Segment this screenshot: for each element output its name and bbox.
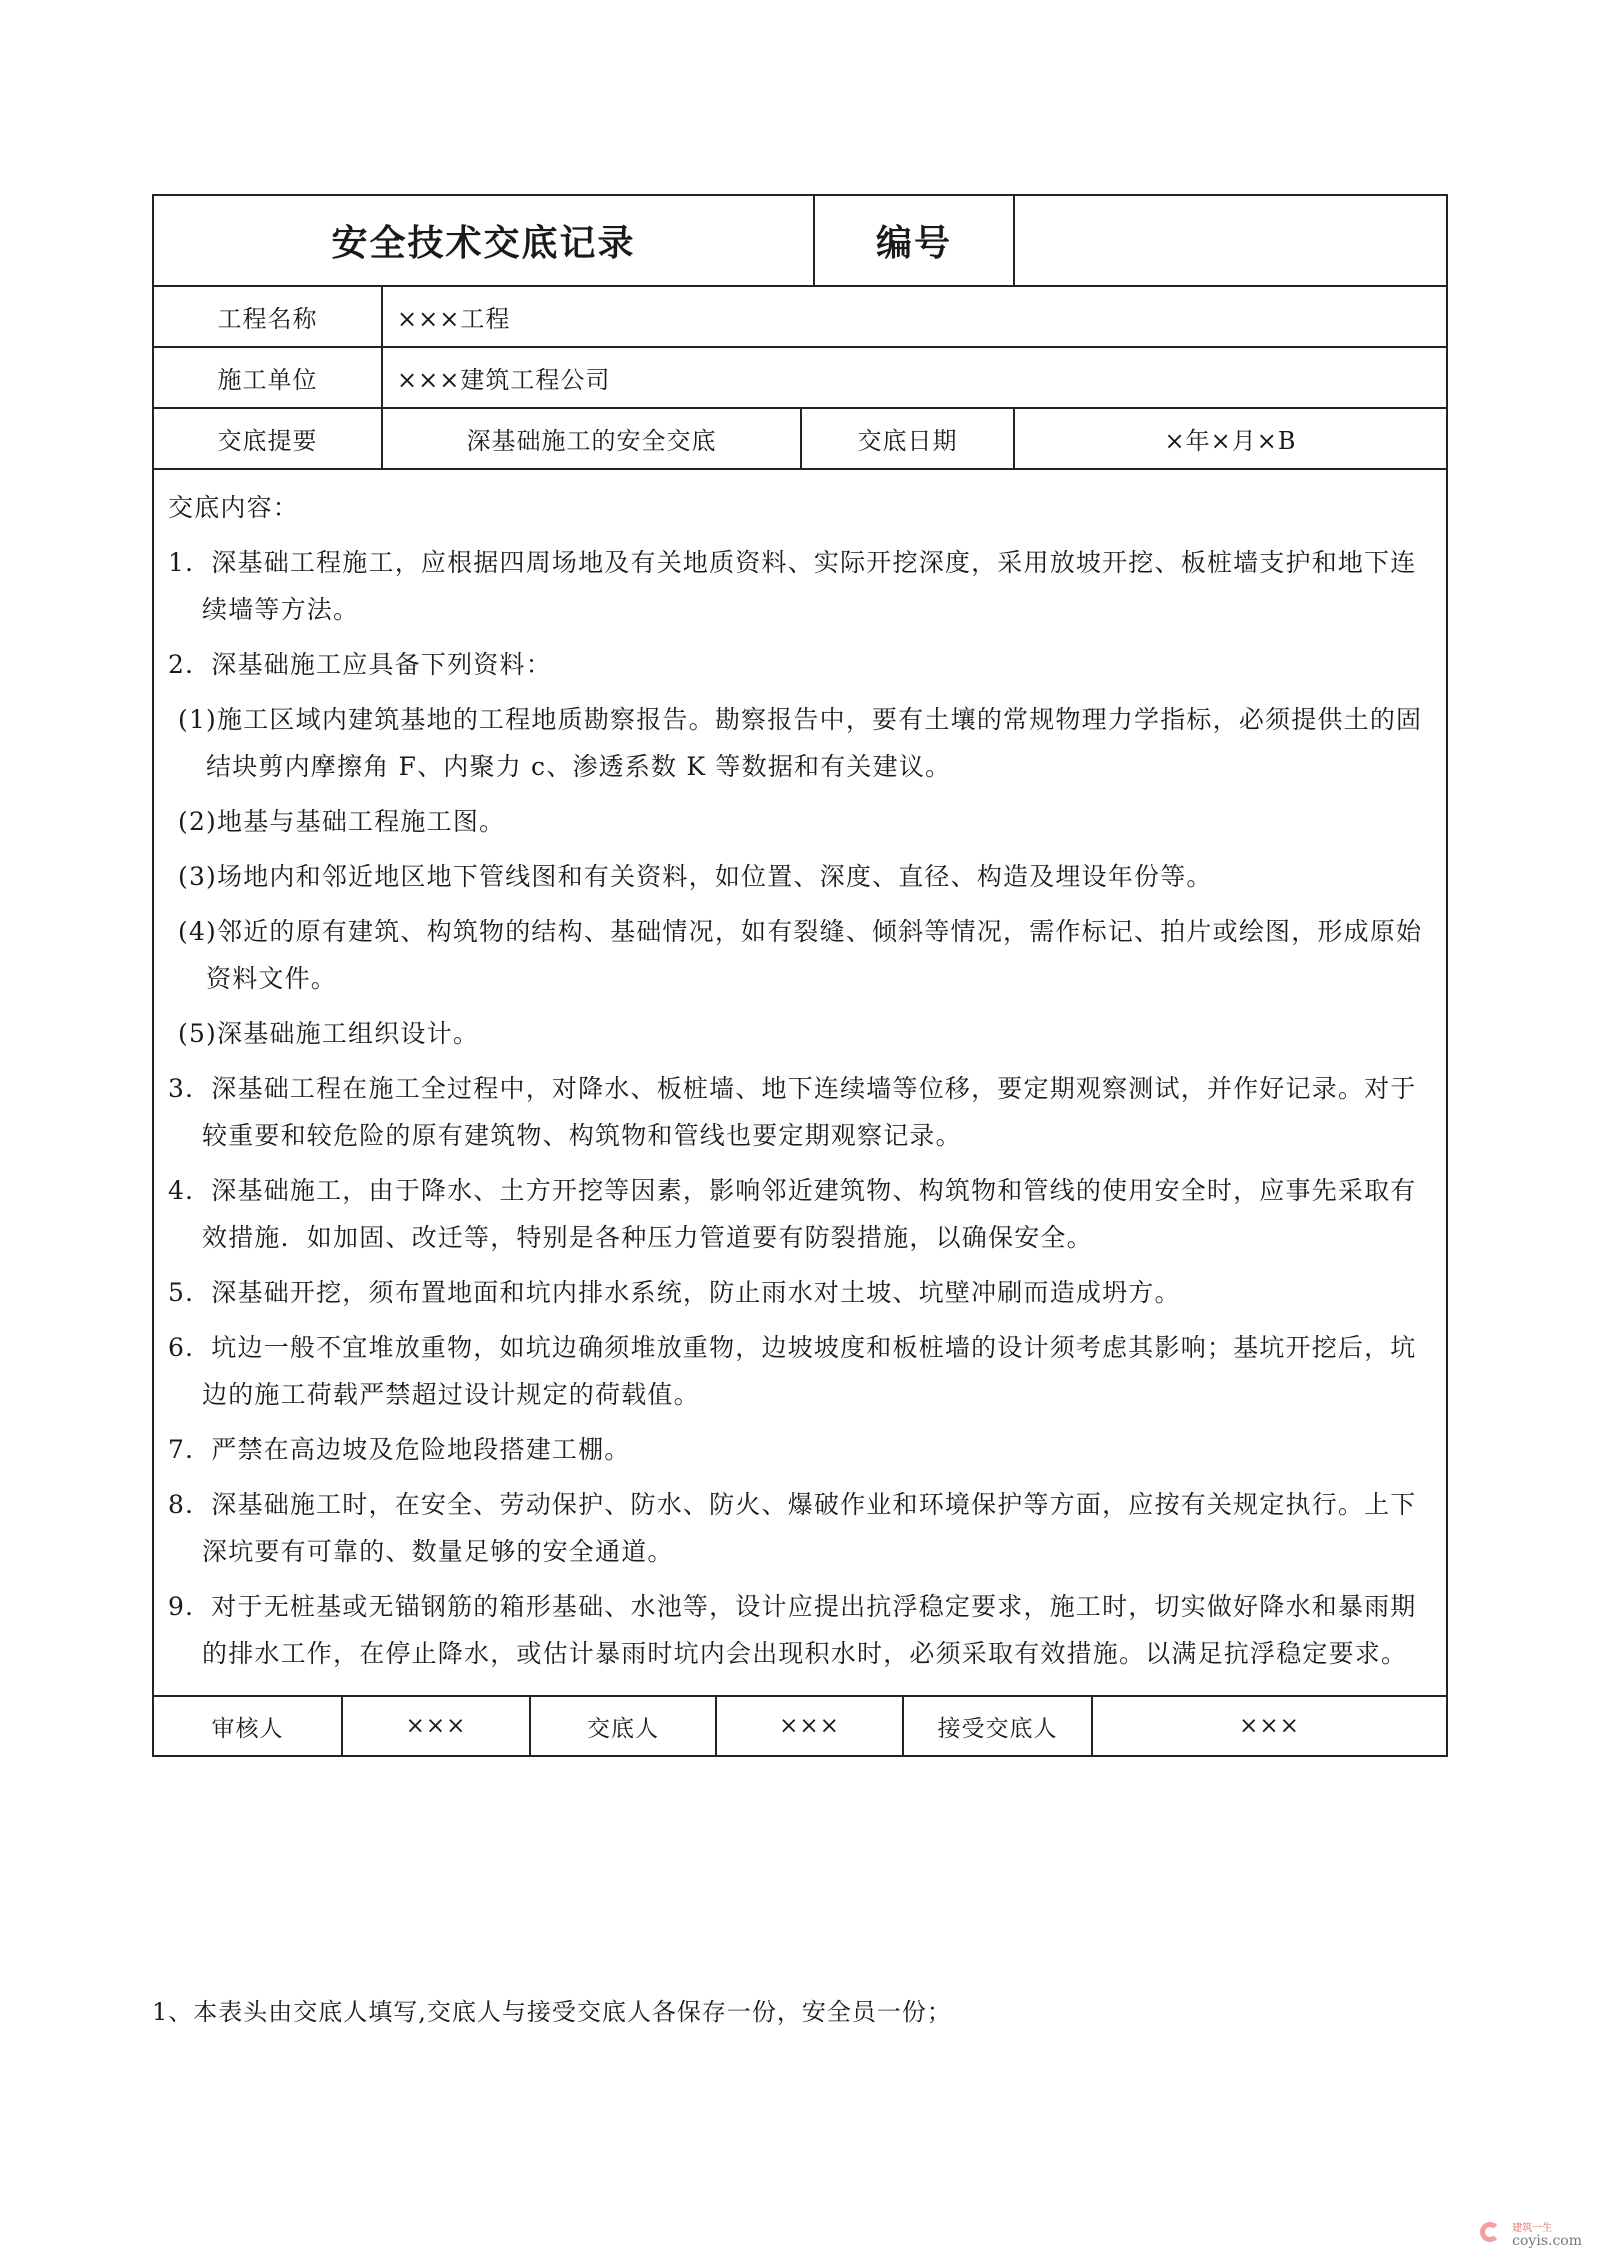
date-value[interactable]: ×年×月×B bbox=[1015, 409, 1446, 468]
content-subitem-5: (5)深基础施工组织设计。 bbox=[168, 1010, 1432, 1057]
project-name-row: 工程名称 ×××工程 bbox=[154, 287, 1446, 348]
content-subitem-3: (3)场地内和邻近地区地下管线图和有关资料，如位置、深度、直径、构造及埋设年份等… bbox=[168, 853, 1432, 900]
signature-row: 审核人 ××× 交底人 ××× 接受交底人 ××× bbox=[154, 1697, 1446, 1755]
content-item-4: 4．深基础施工，由于降水、土方开挖等因素，影响邻近建筑物、构筑物和管线的使用安全… bbox=[168, 1167, 1432, 1261]
receiver-value[interactable]: ××× bbox=[1093, 1697, 1446, 1755]
form-title: 安全技术交底记录 bbox=[154, 196, 815, 285]
watermark-logo-icon bbox=[1480, 2222, 1508, 2250]
summary-row: 交底提要 深基础施工的安全交底 交底日期 ×年×月×B bbox=[154, 409, 1446, 470]
receiver-label: 接受交底人 bbox=[904, 1697, 1093, 1755]
presenter-value[interactable]: ××× bbox=[717, 1697, 904, 1755]
contractor-label: 施工单位 bbox=[154, 348, 383, 407]
content-item-9: 9．对于无桩基或无锚钢筋的箱形基础、水池等，设计应提出抗浮稳定要求，施工时，切实… bbox=[168, 1583, 1432, 1677]
content-item-2: 2．深基础施工应具备下列资料： bbox=[168, 641, 1432, 688]
content-subitem-2: (2)地基与基础工程施工图。 bbox=[168, 798, 1432, 845]
summary-value[interactable]: 深基础施工的安全交底 bbox=[383, 409, 802, 468]
footnote: 1、本表头由交底人填写,交底人与接受交底人各保存一份，安全员一份； bbox=[152, 1992, 952, 2027]
date-label: 交底日期 bbox=[802, 409, 1015, 468]
content-item-7: 7．严禁在高边坡及危险地段搭建工棚。 bbox=[168, 1426, 1432, 1473]
content-subitem-4: (4)邻近的原有建筑、构筑物的结构、基础情况，如有裂缝、倾斜等情况，需作标记、拍… bbox=[168, 908, 1432, 1002]
reviewer-label: 审核人 bbox=[154, 1697, 343, 1755]
presenter-label: 交底人 bbox=[531, 1697, 717, 1755]
contractor-row: 施工单位 ×××建筑工程公司 bbox=[154, 348, 1446, 409]
safety-briefing-form: 安全技术交底记录 编号 工程名称 ×××工程 施工单位 ×××建筑工程公司 交底… bbox=[152, 194, 1448, 1757]
content-item-1: 1．深基础工程施工，应根据四周场地及有关地质资料、实际开挖深度，采用放坡开挖、板… bbox=[168, 539, 1432, 633]
content-item-6: 6．坑边一般不宜堆放重物，如坑边确须堆放重物，边坡坡度和板桩墙的设计须考虑其影响… bbox=[168, 1324, 1432, 1418]
briefing-content: 交底内容： 1．深基础工程施工，应根据四周场地及有关地质资料、实际开挖深度，采用… bbox=[154, 470, 1446, 1697]
watermark-en: coyis.com bbox=[1512, 2234, 1582, 2249]
contractor-value[interactable]: ×××建筑工程公司 bbox=[383, 348, 1446, 407]
number-label: 编号 bbox=[815, 196, 1015, 285]
project-name-value[interactable]: ×××工程 bbox=[383, 287, 1446, 346]
content-item-8: 8．深基础施工时，在安全、劳动保护、防水、防火、爆破作业和环境保护等方面，应按有… bbox=[168, 1481, 1432, 1575]
project-name-label: 工程名称 bbox=[154, 287, 383, 346]
title-row: 安全技术交底记录 编号 bbox=[154, 196, 1446, 287]
content-item-3: 3．深基础工程在施工全过程中，对降水、板桩墙、地下连续墙等位移，要定期观察测试，… bbox=[168, 1065, 1432, 1159]
content-heading: 交底内容： bbox=[168, 484, 1432, 531]
watermark: 建筑一生 coyis.com bbox=[1480, 2222, 1582, 2250]
number-value[interactable] bbox=[1015, 196, 1446, 285]
content-item-5: 5．深基础开挖，须布置地面和坑内排水系统，防止雨水对土坡、坑壁冲刷而造成坍方。 bbox=[168, 1269, 1432, 1316]
reviewer-value[interactable]: ××× bbox=[343, 1697, 531, 1755]
content-subitem-1: (1)施工区域内建筑基地的工程地质勘察报告。勘察报告中，要有土壤的常规物理力学指… bbox=[168, 696, 1432, 790]
summary-label: 交底提要 bbox=[154, 409, 383, 468]
